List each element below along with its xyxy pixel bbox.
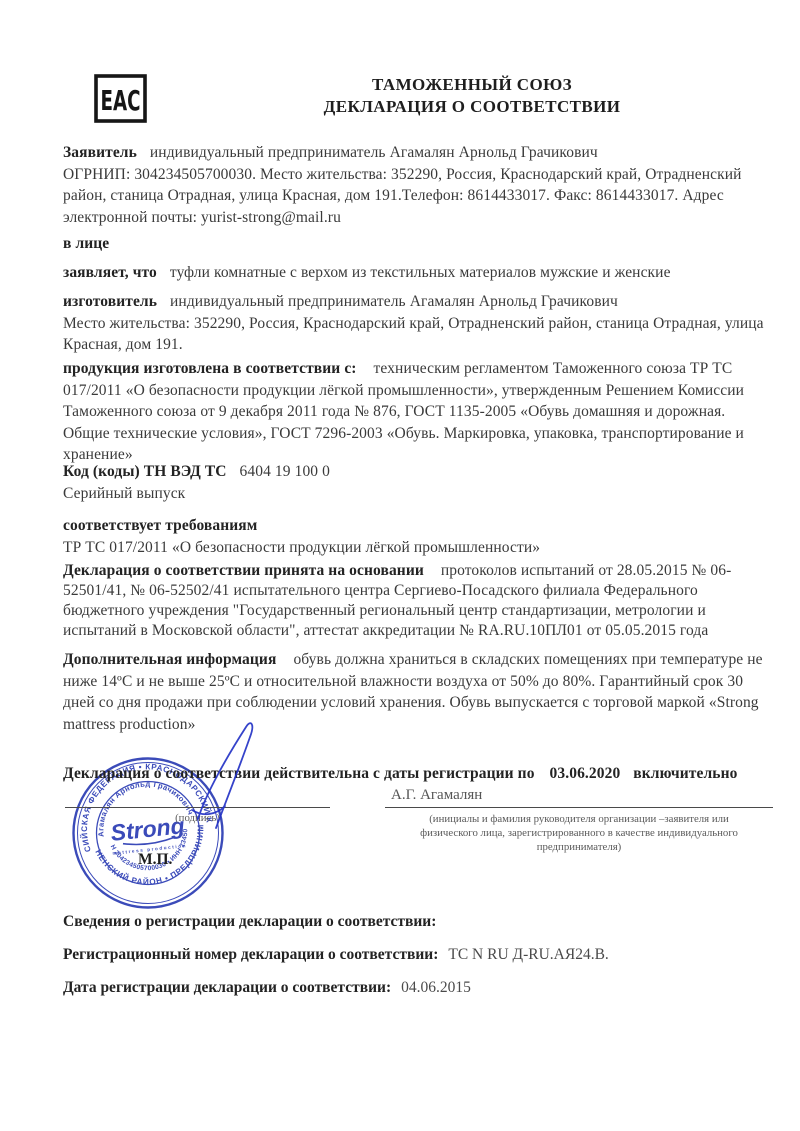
- complies-section: соответствует требованиям ТР ТС 017/2011…: [63, 515, 763, 558]
- page-title: ТАМОЖЕННЫЙ СОЮЗ ДЕКЛАРАЦИЯ О СООТВЕТСТВИ…: [240, 74, 704, 118]
- declares-section: заявляет, чтотуфли комнатные с верхом из…: [63, 262, 773, 284]
- manufacturer-line: изготовительиндивидуальный предпринимате…: [63, 291, 769, 313]
- made-according-label: продукция изготовлена в соответствии с:: [63, 360, 357, 377]
- validity-suffix: включительно: [633, 765, 737, 782]
- complies-label: соответствует требованиям: [63, 515, 763, 537]
- declares-label: заявляет, что: [63, 264, 157, 281]
- basis-label: Декларация о соответствии принята на осн…: [63, 562, 424, 579]
- signature-line-right: А.Г. Агамалян: [385, 786, 773, 808]
- title-line-1: ТАМОЖЕННЫЙ СОЮЗ: [240, 74, 704, 96]
- complies-text: ТР ТС 017/2011 «О безопасности продукции…: [63, 537, 763, 559]
- registration-date-label: Дата регистрации декларации о соответств…: [63, 979, 391, 996]
- manufacturer-section: изготовительиндивидуальный предпринимате…: [63, 291, 769, 356]
- declares-text: туфли комнатные с верхом из текстильных …: [170, 264, 671, 281]
- registration-date-row: Дата регистрации декларации о соответств…: [63, 979, 471, 997]
- declaration-document: ЕАС ТАМОЖЕННЫЙ СОЮЗ ДЕКЛАРАЦИЯ О СООТВЕТ…: [0, 0, 800, 1131]
- made-according-section: продукция изготовлена в соответствии с: …: [63, 358, 769, 466]
- manufacturer-label: изготовитель: [63, 293, 157, 310]
- manufacturer-details: Место жительства: 352290, Россия, Красно…: [63, 313, 769, 356]
- code-section: Код (коды) ТН ВЭД ТС6404 19 100 0 Серийн…: [63, 461, 763, 504]
- basis-section: Декларация о соответствии принята на осн…: [63, 561, 759, 641]
- applicant-details: ОГРНИП: 304234505700030. Место жительств…: [63, 164, 763, 229]
- applicant-line: Заявительиндивидуальный предприниматель …: [63, 142, 763, 164]
- head-caption-line3: предпринимателя): [385, 840, 773, 854]
- serial-text: Серийный выпуск: [63, 483, 763, 505]
- applicant-section: Заявительиндивидуальный предприниматель …: [63, 142, 763, 228]
- manufacturer-name: индивидуальный предприниматель Агамалян …: [170, 293, 618, 310]
- handwritten-signature: [158, 715, 278, 845]
- registration-date-value: 04.06.2015: [401, 979, 471, 996]
- code-line: Код (коды) ТН ВЭД ТС6404 19 100 0: [63, 461, 763, 483]
- seal-placeholder: М.П.: [138, 851, 172, 869]
- head-caption-line1: (инициалы и фамилия руководителя организ…: [385, 812, 773, 826]
- head-name: А.Г. Агамалян: [385, 787, 482, 803]
- applicant-name: индивидуальный предприниматель Агамалян …: [150, 144, 598, 161]
- title-line-2: ДЕКЛАРАЦИЯ О СООТВЕТСТВИИ: [240, 96, 704, 118]
- registration-number-value: ТС N RU Д-RU.АЯ24.В.: [448, 946, 608, 963]
- applicant-label: Заявитель: [63, 144, 137, 161]
- eac-mark-icon: ЕАС: [94, 74, 147, 128]
- in-person-label: в лице: [63, 235, 109, 252]
- additional-label: Дополнительная информация: [63, 651, 276, 668]
- registration-number-label: Регистрационный номер декларации о соотв…: [63, 946, 438, 963]
- svg-text:ЕАС: ЕАС: [101, 84, 141, 117]
- in-person-section: в лице: [63, 233, 109, 255]
- head-caption-line2: физического лица, зарегистрированного в …: [385, 826, 773, 840]
- code-value: 6404 19 100 0: [240, 463, 330, 480]
- validity-date: 03.06.2020: [550, 765, 621, 782]
- validity-label: Декларация о соответствии действительна …: [63, 765, 535, 782]
- head-caption: (инициалы и фамилия руководителя организ…: [385, 812, 773, 854]
- registration-number-row: Регистрационный номер декларации о соотв…: [63, 946, 609, 964]
- code-label: Код (коды) ТН ВЭД ТС: [63, 463, 227, 480]
